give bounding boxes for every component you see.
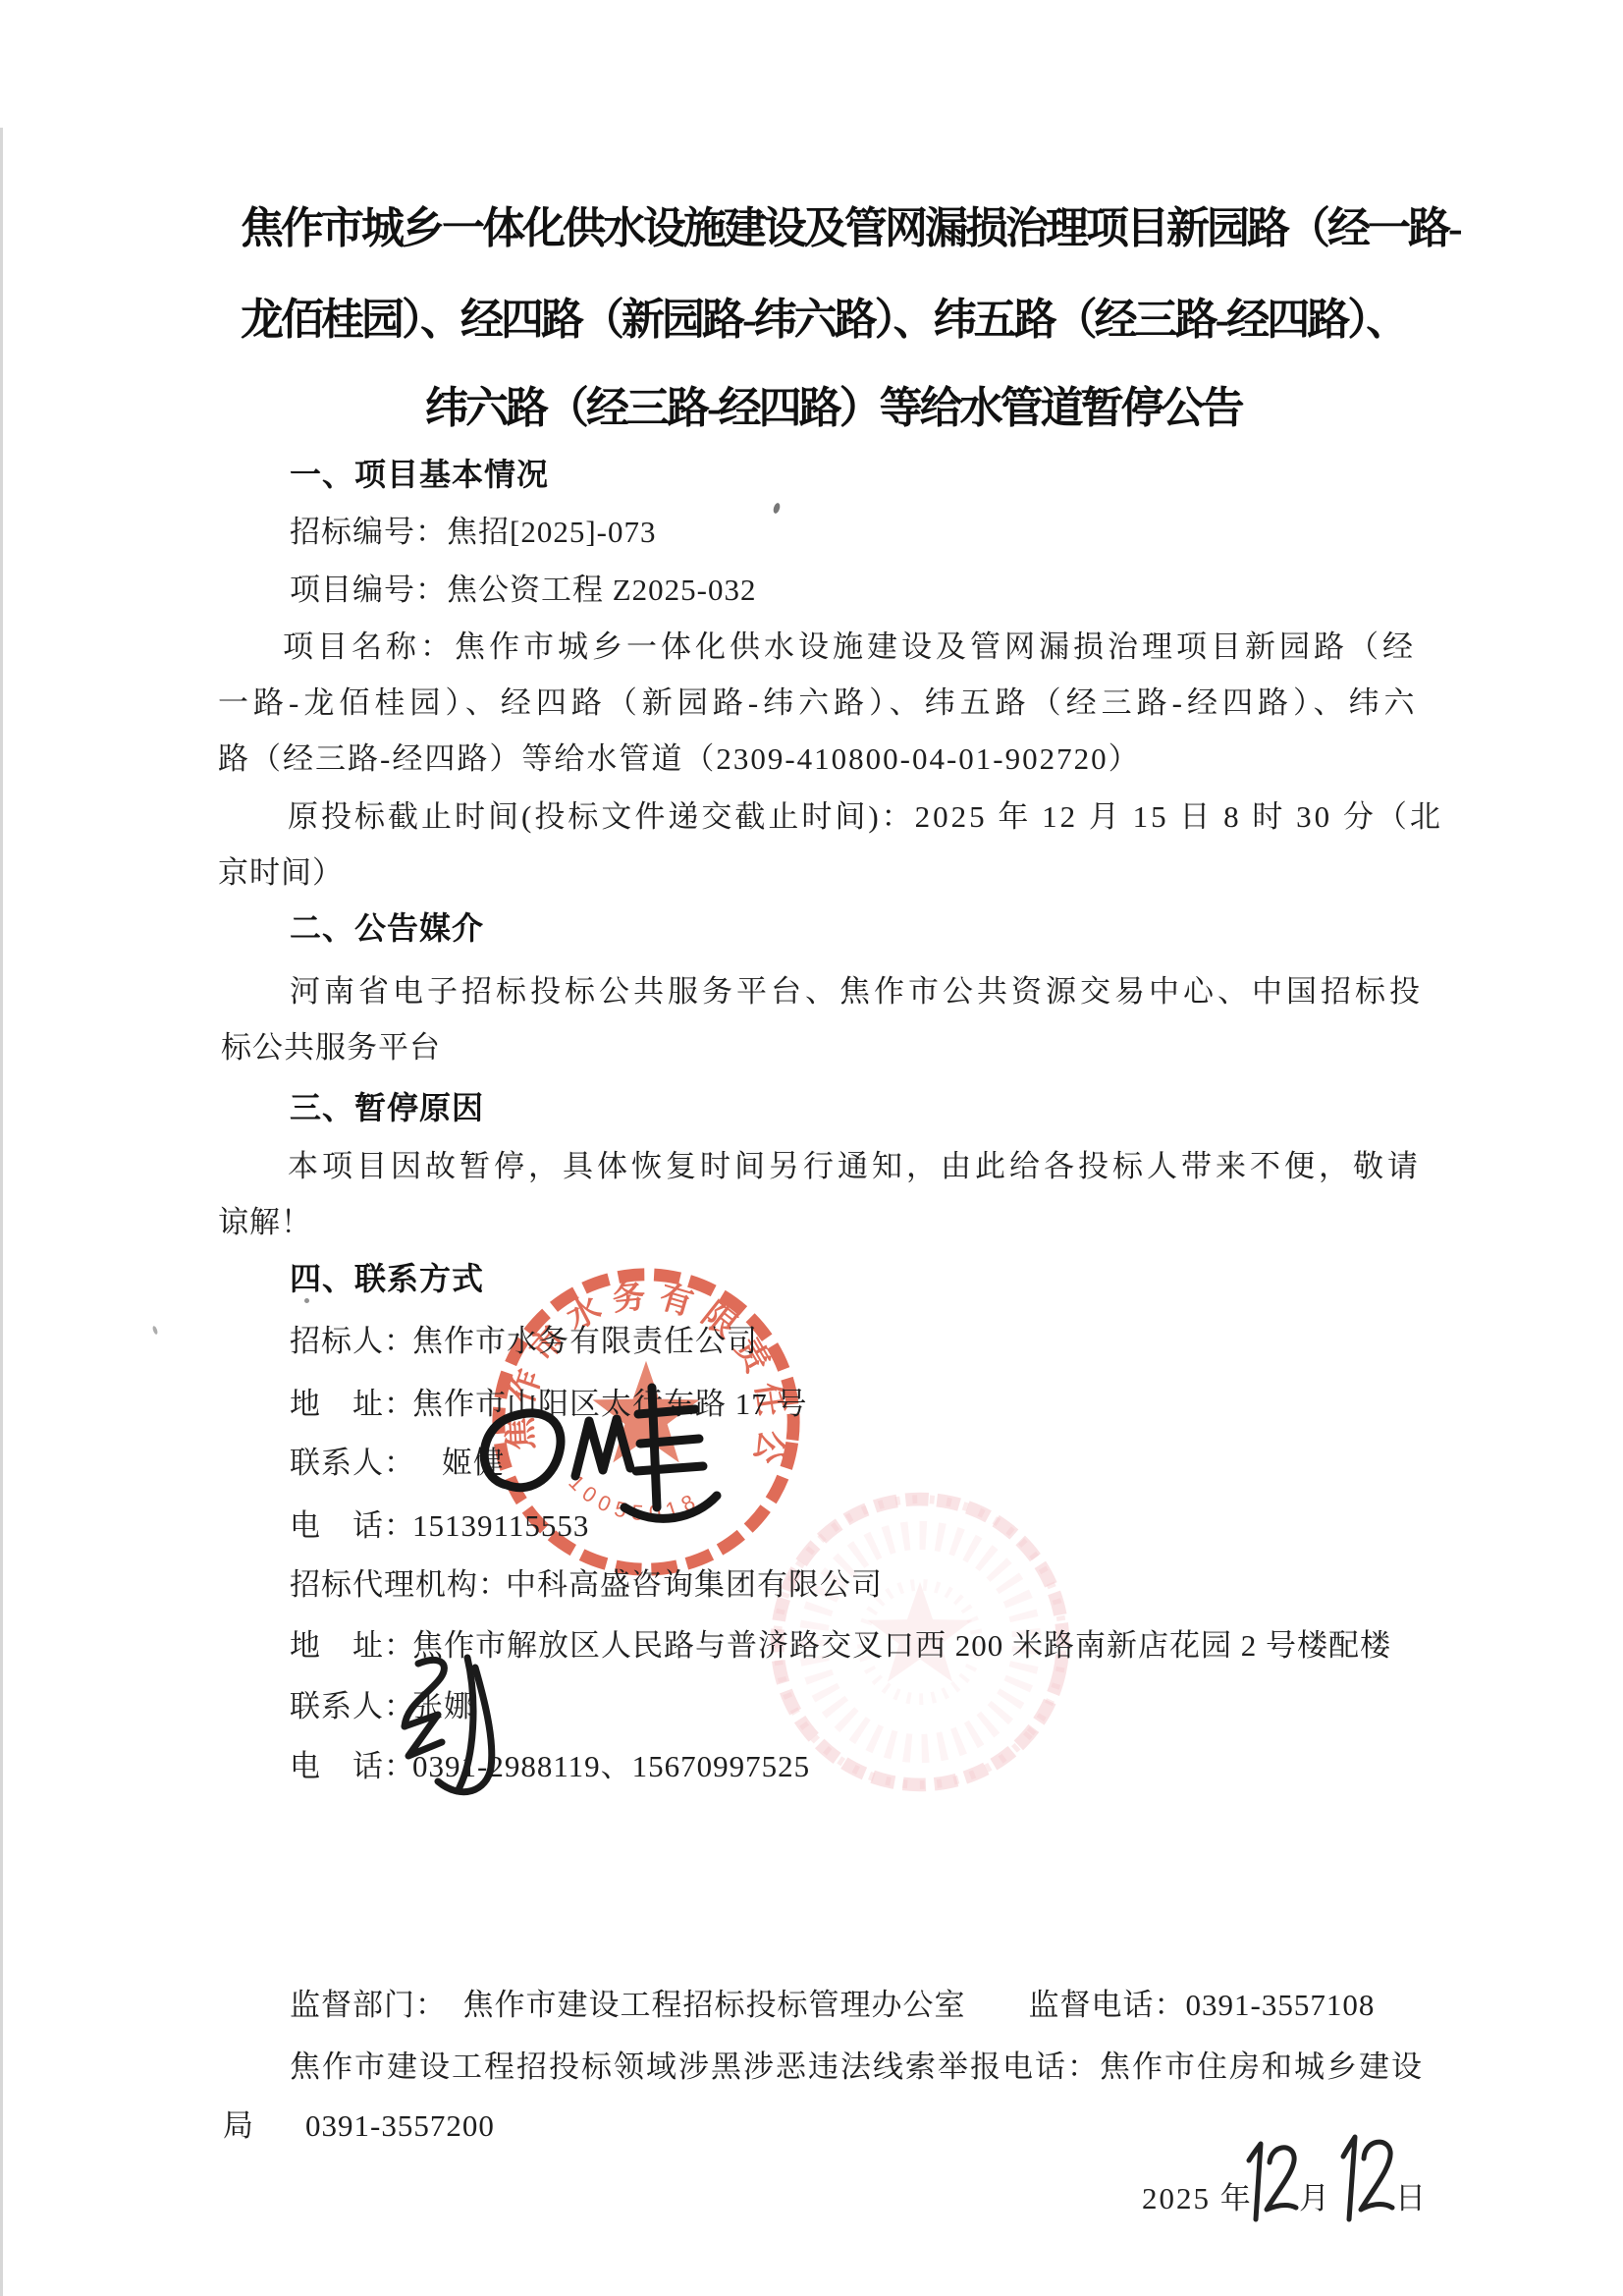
date-year: 2025 年 <box>1142 2173 1253 2217</box>
signature-jijian <box>460 1360 734 1547</box>
tenderer-row: 招标人：焦作市水务有限责任公司 <box>290 1316 758 1360</box>
section-heading-contact: 四、联系方式 <box>290 1254 484 1299</box>
phone2-row: 电 话：0391-2988119、15670997525 <box>290 1741 810 1785</box>
section-heading-media: 二、公告媒介 <box>290 903 484 949</box>
deadline-line-2: 京时间） <box>218 847 344 892</box>
project-name-line-3: 路（经三路-经四路）等给水管道（2309-410800-04-01-902720… <box>218 734 1141 778</box>
date-month-char: 月 <box>1299 2173 1331 2217</box>
handwritten-day-12 <box>1331 2133 1396 2241</box>
tenderer-value: 焦作市水务有限责任公司 <box>412 1324 758 1358</box>
report-hotline-line-1: 焦作市建设工程招投标领域涉黑涉恶违法线索举报电话：焦作市住房和城乡建设 <box>290 2042 1424 2086</box>
section-heading-reason: 三、暂停原因 <box>290 1083 484 1128</box>
ink-speck <box>772 502 781 514</box>
report-line2-phone: 0391-3557200 <box>305 2108 495 2143</box>
notice-title-line-3: 纬六路（经三路-经四路）等给水管道暂停公告 <box>425 372 1242 435</box>
section-heading-basic-info: 一、项目基本情况 <box>290 450 549 495</box>
scanned-notice-page: 焦作市城乡一体化供水设施建设及管网漏损治理项目新园路（经一路- 龙佰桂园）、经四… <box>0 0 1623 2296</box>
notice-title-line-2: 龙佰桂园）、经四路（新园路-纬六路）、纬五路（经三路-经四路）、 <box>241 284 1406 347</box>
deadline-line-1: 原投标截止时间(投标文件递交截止时间)：2025 年 12 月 15 日 8 时… <box>288 792 1443 836</box>
address2-value: 焦作市解放区人民路与普济路交叉口西 200 米路南新店花园 2 号楼配楼 <box>412 1628 1391 1663</box>
phone1-label: 电 话： <box>290 1501 412 1545</box>
tenderer-label: 招标人： <box>290 1316 412 1360</box>
address1-label: 地 址： <box>290 1379 412 1423</box>
agency-row: 招标代理机构：中科高盛咨询集团有限公司 <box>290 1559 883 1604</box>
report-line2-char: 局 <box>223 2108 254 2143</box>
ink-speck <box>304 1298 309 1303</box>
date-day-char: 日 <box>1395 2173 1428 2217</box>
tender-number-line: 招标编号：焦招[2025]-073 <box>290 507 656 551</box>
supervision-line: 监督部门： 焦作市建设工程招标投标管理办公室 监督电话：0391-3557108 <box>290 1980 1375 2024</box>
report-hotline-line-2: 局0391-3557200 <box>223 2101 495 2145</box>
agency-label: 招标代理机构： <box>290 1559 506 1604</box>
notice-title-line-1: 焦作市城乡一体化供水设施建设及管网漏损治理项目新园路（经一路- <box>241 192 1460 255</box>
handwritten-month-12 <box>1239 2139 1300 2237</box>
media-line-2: 标公共服务平台 <box>221 1022 441 1066</box>
scan-edge-artifact <box>0 128 3 2296</box>
contact1-label: 联系人： <box>290 1438 442 1482</box>
media-line-1: 河南省电子招标投标公共服务平台、焦作市公共资源交易中心、中国招标投 <box>290 966 1424 1011</box>
reason-line-1: 本项目因故暂停，具体恢复时间另行通知，由此给各投标人带来不便，敬请 <box>288 1141 1422 1185</box>
agency-value: 中科高盛咨询集团有限公司 <box>506 1567 883 1602</box>
ink-speck <box>152 1326 159 1336</box>
project-name-line-2: 一路-龙佰桂园）、经四路（新园路-纬六路）、纬五路（经三路-经四路）、纬六 <box>218 678 1419 722</box>
signature-zhangna <box>381 1646 518 1808</box>
project-name-line-1: 项目名称：焦作市城乡一体化供水设施建设及管网漏损治理项目新园路（经 <box>283 622 1417 666</box>
reason-line-2: 谅解！ <box>218 1197 312 1241</box>
project-number-line: 项目编号：焦公资工程 Z2025-032 <box>290 565 757 609</box>
